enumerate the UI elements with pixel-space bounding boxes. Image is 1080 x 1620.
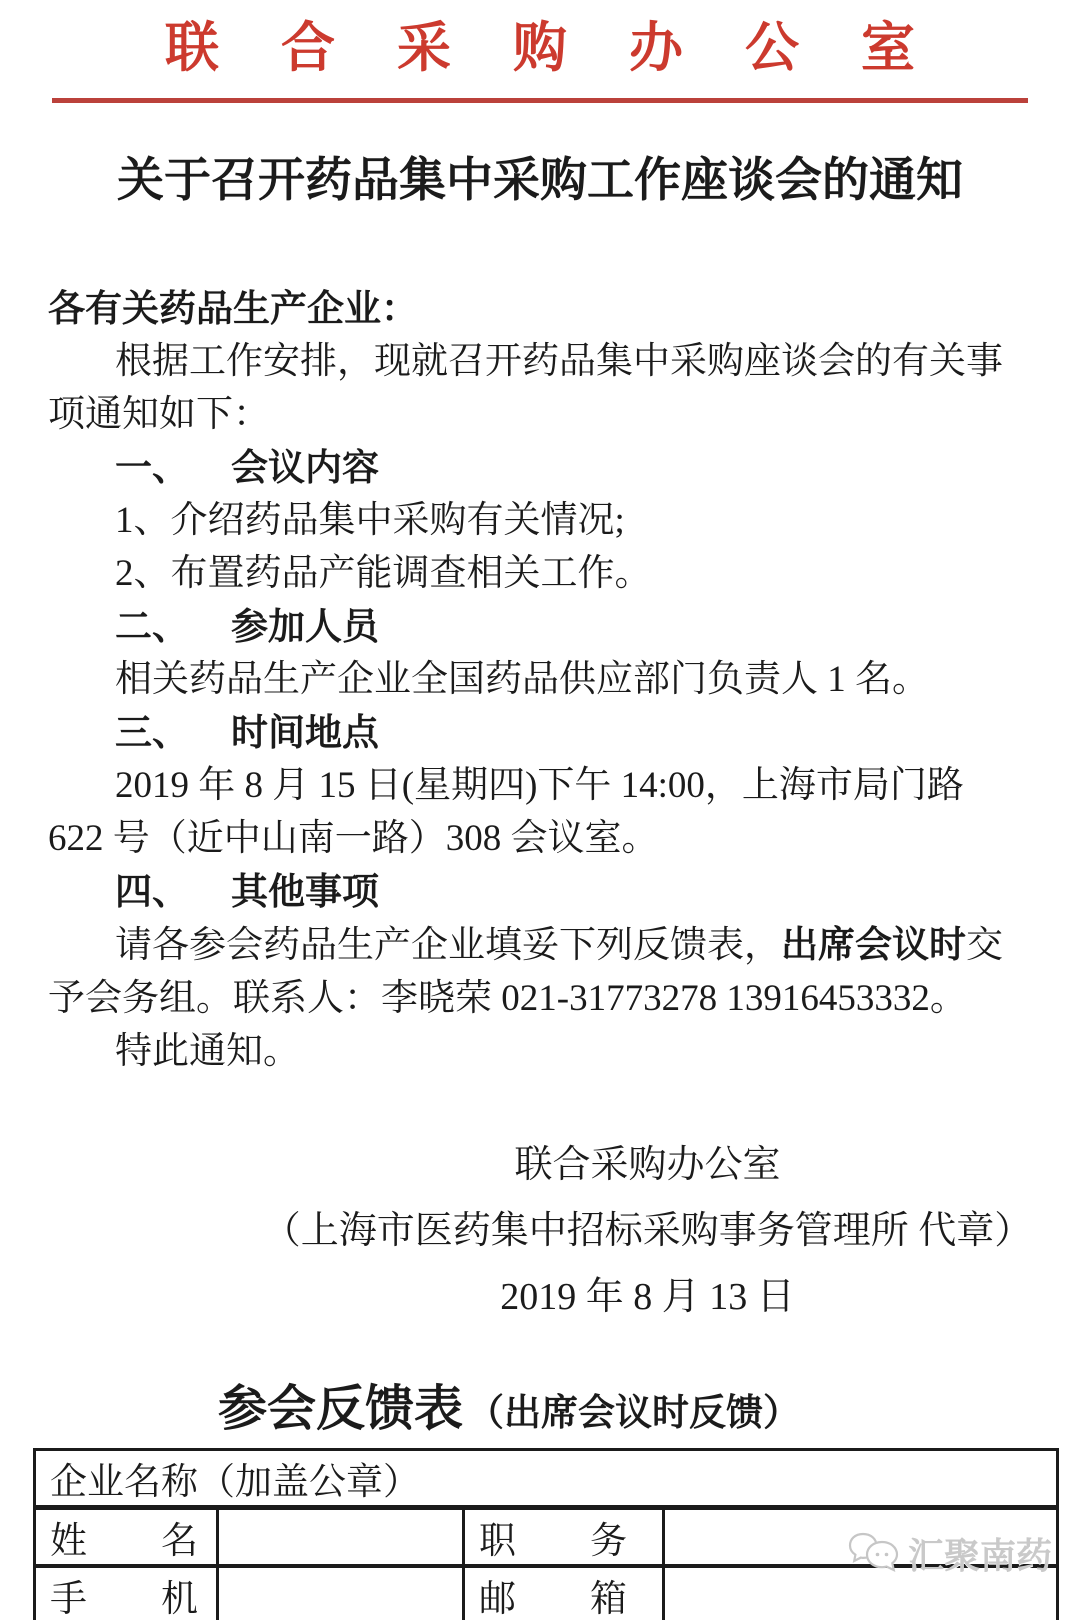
feedback-form-title-note: （出席会议时反馈） [467, 1393, 800, 1434]
letterhead-org-name: 联合采购办公室 [0, 16, 1080, 80]
mobile-label: 手 机 [35, 1566, 218, 1620]
watermark: 汇聚南药 [848, 1528, 1052, 1579]
signature-agency: （上海市医药集中招标采购事务管理所 代章） [215, 1202, 1080, 1260]
section-4-text: 请各参会药品生产企业填妥下列反馈表， [115, 925, 781, 966]
company-name-label: 企业名称（加盖公章） [35, 1450, 1058, 1508]
section-heading-2: 二、参加人员 [48, 600, 1034, 653]
section-1-item: 2、布置药品产能调查相关工作。 [48, 547, 1034, 600]
section-4-bold-text: 出席会议时 [781, 924, 966, 965]
salutation: 各有关药品生产企业： [48, 282, 1034, 335]
section-heading-3: 三、时间地点 [48, 706, 1034, 759]
section-3-item: 622 号（近中山南一路）308 会议室。 [48, 812, 1034, 865]
watermark-text: 汇聚南药 [908, 1528, 1052, 1579]
closing-line: 特此通知。 [48, 1025, 1034, 1078]
section-number: 一、 [115, 447, 189, 488]
intro-line: 项通知如下： [48, 388, 1034, 441]
section-heading-4: 四、其他事项 [48, 865, 1034, 918]
chat-bubbles-icon [848, 1531, 900, 1577]
intro-line: 根据工作安排，现就召开药品集中采购座谈会的有关事 [48, 335, 1034, 388]
feedback-form-title-main: 参会反馈表 [218, 1381, 463, 1436]
section-title: 参加人员 [231, 606, 379, 647]
notice-body: 各有关药品生产企业： 根据工作安排，现就召开药品集中采购座谈会的有关事 项通知如… [48, 282, 1034, 1078]
name-label: 姓 名 [35, 1508, 218, 1567]
section-1-item: 1、介绍药品集中采购有关情况; [48, 494, 1034, 547]
section-number: 四、 [115, 871, 189, 912]
section-4-text: 交 [966, 925, 1003, 966]
position-label: 职 务 [464, 1508, 664, 1567]
mobile-value-cell [218, 1566, 464, 1620]
signature-org: 联合采购办公室 [215, 1136, 1080, 1194]
name-value-cell [218, 1508, 464, 1567]
section-number: 三、 [115, 712, 189, 753]
feedback-form-title: 参会反馈表 （出席会议时反馈） [218, 1370, 1080, 1440]
section-number: 二、 [115, 606, 189, 647]
section-heading-1: 一、会议内容 [48, 441, 1034, 494]
signature-block: 联合采购办公室 （上海市医药集中招标采购事务管理所 代章） 2019 年 8 月… [0, 1136, 1080, 1326]
email-label: 邮 箱 [464, 1566, 664, 1620]
table-row-company: 企业名称（加盖公章） [35, 1450, 1058, 1508]
section-4-item: 予会务组。联系人：李晓荣 021-31773278 13916453332。 [48, 972, 1034, 1025]
signature-date: 2019 年 8 月 13 日 [215, 1268, 1080, 1326]
notice-document-page: 联合采购办公室 关于召开药品集中采购工作座谈会的通知 各有关药品生产企业： 根据… [0, 0, 1080, 1620]
letterhead-divider-rule [52, 98, 1028, 103]
section-title: 会议内容 [231, 447, 379, 488]
section-title: 时间地点 [231, 712, 379, 753]
document-title: 关于召开药品集中采购工作座谈会的通知 [0, 150, 1080, 212]
section-title: 其他事项 [231, 871, 379, 912]
section-3-item: 2019 年 8 月 15 日(星期四)下午 14:00，上海市局门路 [48, 759, 1034, 812]
section-4-item: 请各参会药品生产企业填妥下列反馈表，出席会议时交 [48, 918, 1034, 972]
section-2-item: 相关药品生产企业全国药品供应部门负责人 1 名。 [48, 653, 1034, 706]
